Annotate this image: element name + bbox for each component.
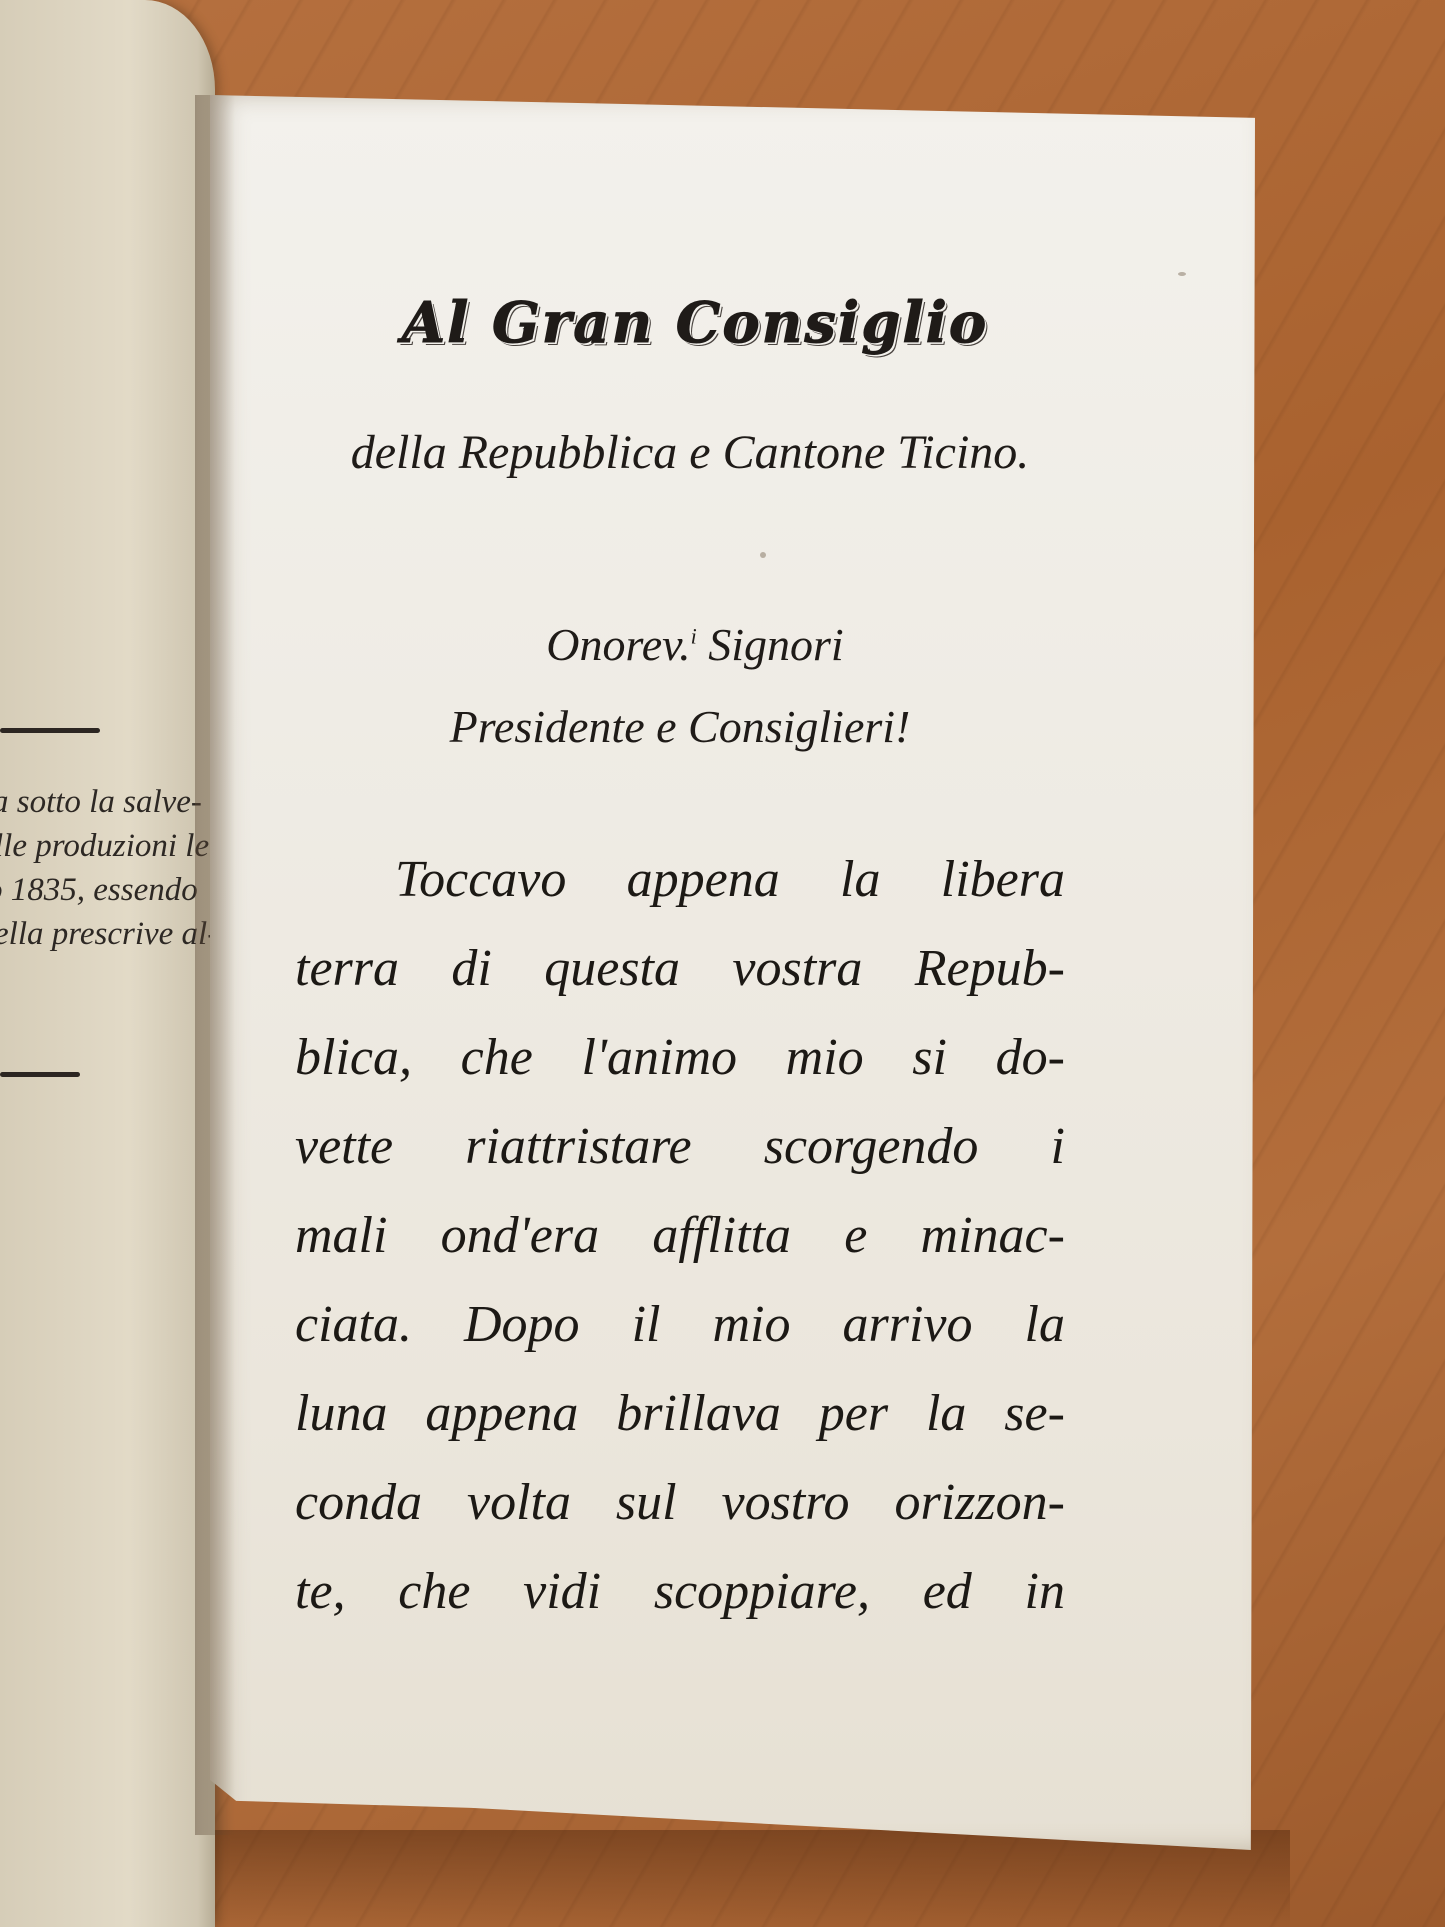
word: mio	[713, 1280, 791, 1369]
word: la	[926, 1369, 966, 1458]
word: vette	[295, 1102, 393, 1191]
body-line: luna appena brillava per la se-	[295, 1369, 1065, 1458]
salutation-line-2: Presidente e Consiglieri!	[330, 700, 1030, 753]
word: minac-	[921, 1191, 1065, 1280]
word: libera	[941, 835, 1065, 924]
word: i	[1051, 1102, 1065, 1191]
word: e	[844, 1191, 867, 1280]
word: do-	[996, 1013, 1065, 1102]
word: conda	[295, 1458, 422, 1547]
word: si	[912, 1013, 947, 1102]
word: riattristare	[465, 1102, 691, 1191]
word: volta	[467, 1458, 571, 1547]
word: che	[398, 1547, 470, 1636]
word: afflitta	[652, 1191, 791, 1280]
word: vostra	[732, 924, 862, 1013]
word: mio	[786, 1013, 864, 1102]
heading-line-2: della Repubblica e Cantone Ticino.	[285, 425, 1095, 480]
word: scorgendo	[764, 1102, 979, 1191]
word: sul	[616, 1458, 677, 1547]
word: la	[1025, 1280, 1065, 1369]
word: che	[461, 1013, 533, 1102]
word: scoppiare,	[654, 1547, 870, 1636]
body-line: te, che vidi scoppiare, ed in	[295, 1547, 1065, 1636]
word: mali	[295, 1191, 387, 1280]
word: appena	[627, 835, 780, 924]
word: Dopo	[464, 1280, 580, 1369]
body-line: ciata. Dopo il mio arrivo la	[295, 1280, 1065, 1369]
word: ciata.	[295, 1280, 412, 1369]
body-line: vette riattristare scorgendo i	[295, 1102, 1065, 1191]
right-page-content: Al Gran Consiglio della Repubblica e Can…	[0, 0, 1445, 1927]
word: luna	[295, 1369, 387, 1458]
word: questa	[544, 924, 680, 1013]
body-line: terra di questa vostra Repub-	[295, 924, 1065, 1013]
body-paragraph: Toccavo appena la libera terra di questa…	[295, 835, 1065, 1636]
salutation-line-1: Onorev.i Signori	[345, 618, 1045, 671]
word: brillava	[616, 1369, 781, 1458]
word: se-	[1004, 1369, 1065, 1458]
word: te,	[295, 1547, 346, 1636]
word: Repub-	[915, 924, 1065, 1013]
word: Toccavo	[395, 835, 566, 924]
word: orizzon-	[894, 1458, 1064, 1547]
body-line: blica, che l'animo mio si do-	[295, 1013, 1065, 1102]
word: l'animo	[581, 1013, 737, 1102]
word: ond'era	[441, 1191, 599, 1280]
salutation-superscript: i	[691, 624, 697, 649]
word: vidi	[523, 1547, 601, 1636]
word: in	[1025, 1547, 1065, 1636]
word: blica,	[295, 1013, 412, 1102]
body-line: conda volta sul vostro orizzon-	[295, 1458, 1065, 1547]
word: arrivo	[843, 1280, 973, 1369]
body-line: Toccavo appena la libera	[295, 835, 1065, 924]
word: per	[819, 1369, 888, 1458]
salutation-word: Signori	[708, 619, 843, 670]
word: terra	[295, 924, 399, 1013]
word: il	[632, 1280, 661, 1369]
salutation-word: Onorev.	[546, 619, 690, 670]
word: appena	[425, 1369, 578, 1458]
body-line: mali ond'era afflitta e minac-	[295, 1191, 1065, 1280]
word: vostro	[721, 1458, 849, 1547]
word: di	[451, 924, 491, 1013]
word: ed	[923, 1547, 972, 1636]
word: la	[840, 835, 880, 924]
heading-line-1: Al Gran Consiglio	[395, 290, 995, 356]
